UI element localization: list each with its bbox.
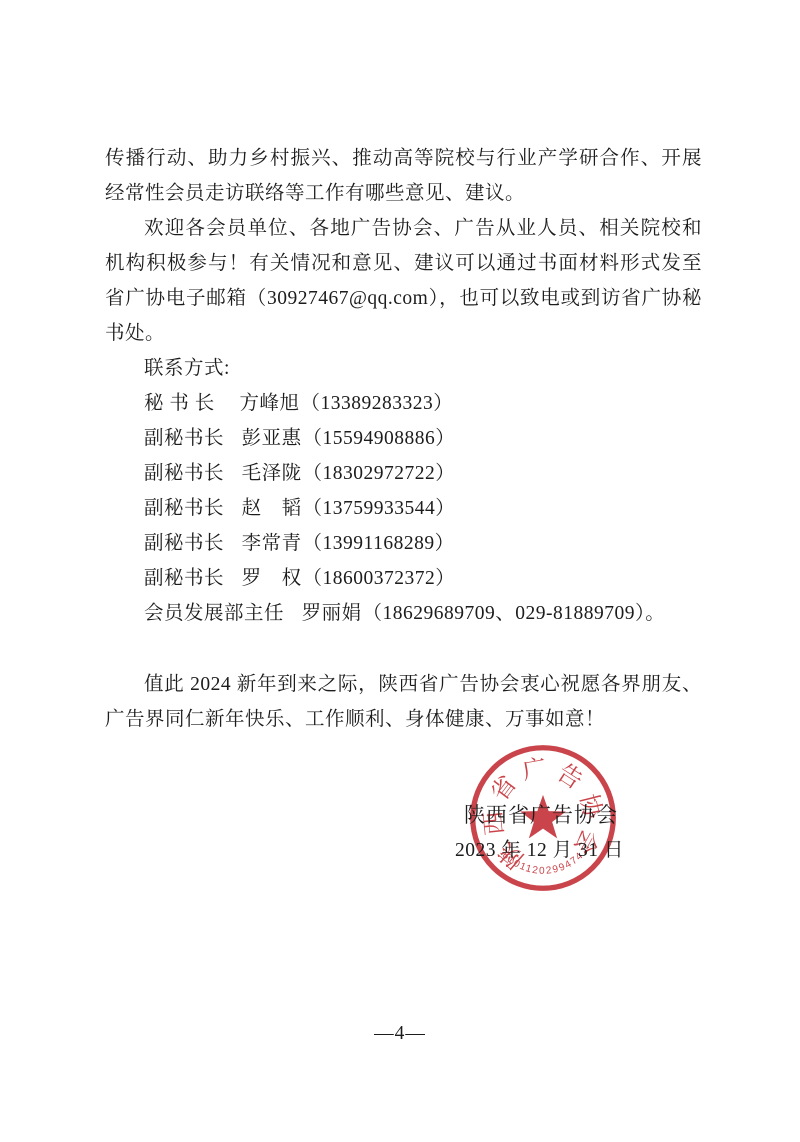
- contact-name: 李常青: [242, 533, 302, 554]
- contact-row: 副秘书长李常青（13991168289）: [105, 526, 702, 561]
- contact-name: 赵 韬: [242, 498, 302, 519]
- paragraph-closing: 值此 2024 新年到来之际，陕西省广告协会衷心祝愿各界朋友、广告界同仁新年快乐…: [105, 667, 702, 737]
- contact-list: 秘 书 长方峰旭（13389283323） 副秘书长彭亚惠（1559490888…: [105, 386, 702, 631]
- signature-date: 2023 年 12 月 31 日: [455, 839, 624, 863]
- contact-title: 会员发展部主任: [144, 596, 284, 631]
- contact-row: 副秘书长罗 权（18600372372）: [105, 561, 702, 596]
- contact-row: 秘 书 长方峰旭（13389283323）: [105, 386, 702, 421]
- contact-phone: （13389283323）: [301, 393, 454, 414]
- seal-ring-char: 告: [552, 759, 587, 795]
- paragraph-welcome: 欢迎各会员单位、各地广告协会、广告从业人员、相关院校和机构积极参与！有关情况和意…: [105, 211, 702, 351]
- document-page: 传播行动、助力乡村振兴、推动高等院校与行业产学研合作、开展经常性会员走访联络等工…: [0, 0, 800, 1142]
- contact-row: 副秘书长毛泽陇（18302972722）: [105, 456, 702, 491]
- seal-ring-char: 广: [520, 754, 548, 785]
- contact-title: 副秘书长: [144, 526, 224, 561]
- contact-phone: （18302972722）: [303, 463, 456, 484]
- contact-title: 副秘书长: [144, 421, 224, 456]
- contact-name: 罗 权: [242, 568, 302, 589]
- paragraph-continuation: 传播行动、助力乡村振兴、推动高等院校与行业产学研合作、开展经常性会员走访联络等工…: [105, 141, 702, 211]
- contact-phone: （13991168289）: [303, 533, 455, 554]
- contact-name: 毛泽陇: [242, 463, 302, 484]
- seal-ring-char: 省: [486, 771, 522, 806]
- contact-phone: （13759933544）: [303, 498, 456, 519]
- signature-org-name: 陕西省广告协会: [464, 802, 618, 828]
- contact-title: 副秘书长: [144, 456, 224, 491]
- contact-name: 罗丽娟: [302, 603, 362, 624]
- contact-title: 副秘书长: [144, 561, 224, 596]
- contact-phone: （15594908886）: [303, 428, 456, 449]
- contact-title: 副秘书长: [144, 491, 224, 526]
- contact-name: 方峰旭: [240, 393, 300, 414]
- page-number: —4—: [0, 1023, 800, 1045]
- contact-title: 秘 书 长: [144, 386, 222, 421]
- contact-phone: （18629689709、029-81889709）。: [363, 603, 666, 624]
- document-body: 传播行动、助力乡村振兴、推动高等院校与行业产学研合作、开展经常性会员走访联络等工…: [105, 141, 702, 737]
- contact-heading: 联系方式:: [105, 351, 702, 386]
- contact-row: 会员发展部主任罗丽娟（18629689709、029-81889709）。: [105, 596, 702, 631]
- contact-name: 彭亚惠: [242, 428, 302, 449]
- contact-row: 副秘书长彭亚惠（15594908886）: [105, 421, 702, 456]
- contact-row: 副秘书长赵 韬（13759933544）: [105, 491, 702, 526]
- contact-phone: （18600372372）: [303, 568, 456, 589]
